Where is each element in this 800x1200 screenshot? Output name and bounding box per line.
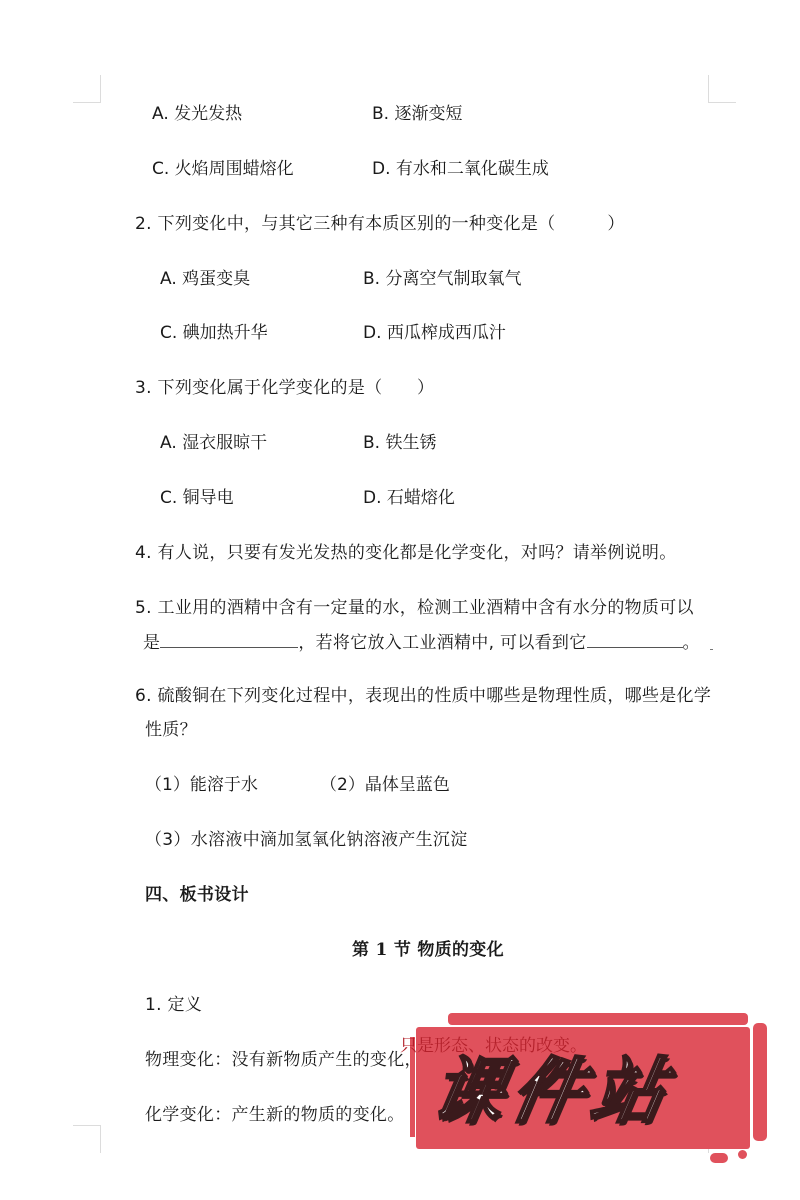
- q2-option-c: C. 碘加热升华: [160, 322, 268, 344]
- document-page: A. 发光发热 B. 逐渐变短 C. 火焰周围蜡熔化 D. 有水和二氧化碳生成 …: [0, 0, 800, 1200]
- q1-option-c: C. 火焰周围蜡熔化: [152, 158, 294, 180]
- q6-item-3: （3）水溶液中滴加氢氧化钠溶液产生沉淀: [145, 829, 468, 851]
- q6-items-row-1: （1）能溶于水 （2）晶体呈蓝色: [0, 774, 800, 796]
- q1-option-b: B. 逐渐变短: [372, 103, 462, 125]
- q1-option-d: D. 有水和二氧化碳生成: [372, 158, 549, 180]
- q3-options-row-2: C. 铜导电 D. 石蜡熔化: [0, 487, 800, 509]
- q2-options-row-1: A. 鸡蛋变臭 B. 分离空气制取氧气: [0, 268, 800, 290]
- q2-option-a: A. 鸡蛋变臭: [160, 268, 250, 290]
- q6-item-1: （1）能溶于水: [145, 774, 258, 796]
- q2-option-b: B. 分离空气制取氧气: [363, 268, 521, 290]
- q3-option-d: D. 石蜡熔化: [363, 487, 455, 509]
- q2-option-d: D. 西瓜榨成西瓜汁: [363, 322, 506, 344]
- q3-option-a: A. 湿衣服晾干: [160, 432, 267, 454]
- q5-line-2: 是，若将它放入工业酒精中, 可以看到它。: [143, 630, 713, 654]
- q5-line-1: 5. 工业用的酒精中含有一定量的水，检测工业酒精中含有水分的物质可以: [135, 597, 694, 619]
- q2-stem: 2. 下列变化中，与其它三种有本质区别的一种变化是（ ）: [135, 213, 625, 235]
- q6-line-1: 6. 硫酸铜在下列变化过程中，表现出的性质中哪些是物理性质，哪些是化学: [135, 685, 711, 707]
- q1-option-a: A. 发光发热: [152, 103, 242, 125]
- physical-change-definition: 物理变化：没有新物质产生的变化，: [145, 1049, 422, 1071]
- q1-options-row-1: A. 发光发热 B. 逐渐变短: [0, 103, 800, 125]
- q4-stem: 4. 有人说，只要有发光发热的变化都是化学变化，对吗？请举例说明。: [135, 542, 677, 564]
- physical-change-text: 物理变化：没有新物质产生的变化，: [145, 1050, 422, 1070]
- q5-answer-blank-1[interactable]: [160, 630, 298, 648]
- q1-options-row-2: C. 火焰周围蜡熔化 D. 有水和二氧化碳生成: [0, 158, 800, 180]
- q2-options-row-2: C. 碘加热升华 D. 西瓜榨成西瓜汁: [0, 322, 800, 344]
- q3-option-c: C. 铜导电: [160, 487, 234, 509]
- section-title: 第 1 节 物质的变化: [352, 939, 504, 961]
- definition-label: 1. 定义: [145, 994, 202, 1016]
- margin-corner-top-left: [73, 75, 101, 103]
- q3-stem: 3. 下列变化属于化学变化的是（ ）: [135, 377, 434, 399]
- margin-corner-bottom-left: [73, 1125, 101, 1153]
- q5-prefix: 是: [143, 633, 160, 653]
- watermark-stamp: 只是形态、状态的改变。 课件站: [410, 1013, 772, 1163]
- q6-line-2: 性质？: [145, 719, 197, 741]
- stamp-ink-dot: [738, 1150, 747, 1159]
- section-heading: 四、板书设计: [145, 884, 249, 906]
- watermark-logo-text: 课件站: [425, 1051, 759, 1131]
- paragraph-mark: [710, 649, 713, 650]
- stamp-right-strip: [753, 1023, 767, 1141]
- stamp-ink-dot: [710, 1153, 728, 1163]
- q3-options-row-1: A. 湿衣服晾干 B. 铁生锈: [0, 432, 800, 454]
- chemical-change-definition: 化学变化：产生新的物质的变化。: [145, 1104, 405, 1126]
- margin-corner-top-right: [708, 75, 736, 103]
- q5-answer-blank-2[interactable]: [587, 630, 683, 648]
- stamp-top-band: [448, 1013, 748, 1025]
- q3-option-b: B. 铁生锈: [363, 432, 436, 454]
- q5-suffix: 。: [683, 633, 700, 653]
- q5-middle: ，若将它放入工业酒精中, 可以看到它: [298, 633, 586, 653]
- q6-item-2: （2）晶体呈蓝色: [320, 774, 450, 796]
